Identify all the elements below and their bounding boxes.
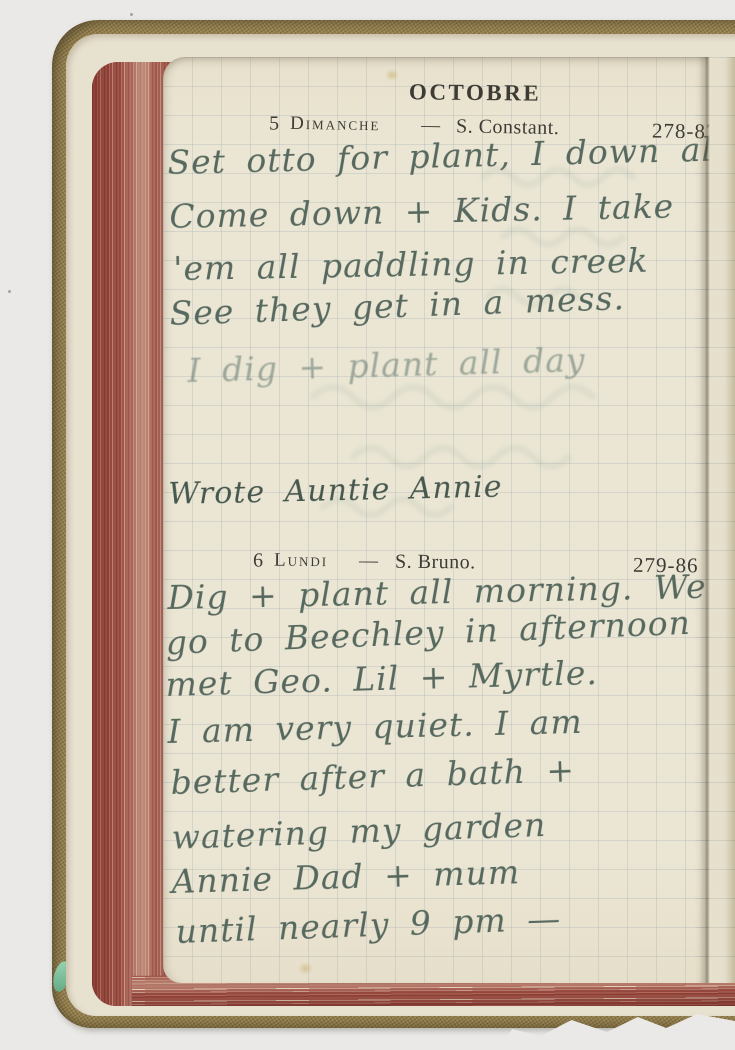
paper-stain [298,962,313,975]
diary-entry-line: watering my garden [171,805,547,857]
page-gutter-crease [695,57,735,983]
diary-photo: OCTOBRE 5 Dimanche — S. Constant. 278-87… [0,0,735,1050]
month-header: OCTOBRE [409,79,541,106]
diary-entry-line: better after a bath + [170,750,576,802]
separator-dash: — [421,115,440,137]
day-name: Dimanche [290,113,381,136]
diary-page: OCTOBRE 5 Dimanche — S. Constant. 278-87… [163,57,735,983]
dust-speck [130,13,133,16]
paper-stain [385,69,399,81]
diary-entry-line: Annie Dad + mum [171,852,521,901]
diary-entry-line: met Geo. Lil + Myrtle. [165,653,598,704]
day-name: Lundi [274,550,328,572]
dust-speck [8,290,11,293]
day-number: 6 [253,549,263,572]
separator-dash: — [359,550,378,572]
day-number: 5 [269,112,279,135]
diary-entry-line: I am very quiet. I am [167,702,583,751]
diary-entry-line: until nearly 9 pm — [175,899,562,951]
